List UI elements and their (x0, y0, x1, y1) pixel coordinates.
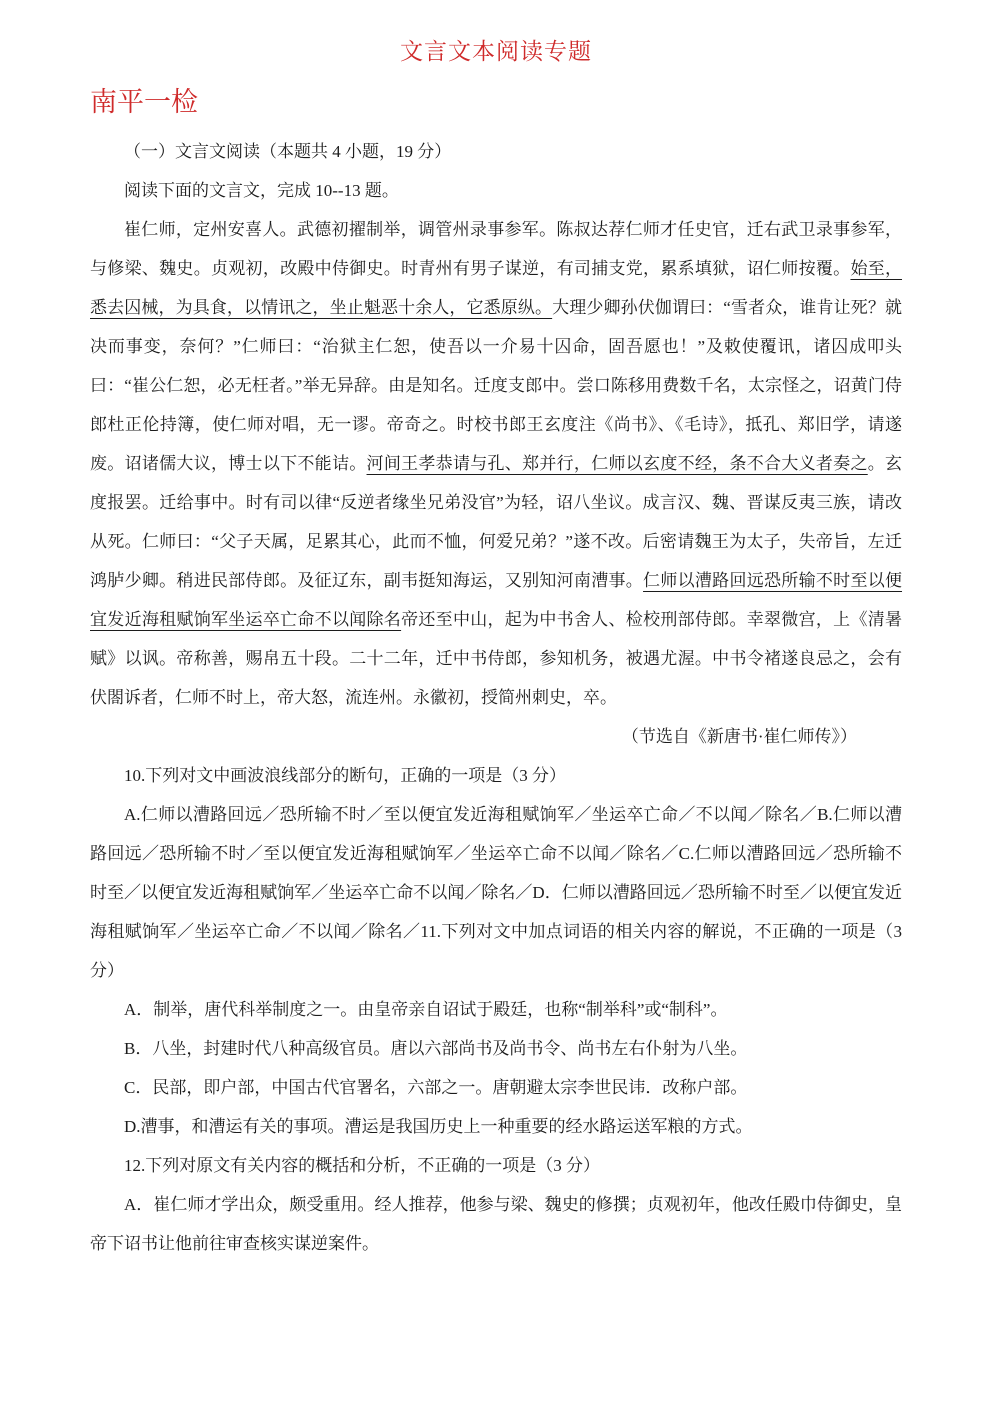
question11-option-d: D.漕事，和漕运有关的事项。漕运是我国历史上一种重要的经水路运送军粮的方式。 (90, 1107, 902, 1146)
passage-segment: 崔仁师，定州安喜人。武德初擢制举，调管州录事参军。陈叔达荐仁师才任史官，迁右武卫… (90, 220, 902, 278)
question11-option-c: C．民部，即户部，中国古代官署名，六部之一。唐朝避太宗李世民讳．改称户部。 (90, 1068, 902, 1107)
question10-stem: 10.下列对文中画波浪线部分的断句，正确的一项是（3 分） (90, 756, 902, 795)
section-intro-line: （一）文言文阅读（本题共 4 小题，19 分） (90, 132, 902, 171)
question12-option-a: A．崔仁师才学出众，颇受重用。经人推荐，他参与梁、魏史的修撰；贞观初年，他改任殿… (90, 1185, 902, 1263)
source-citation: （节选自《新唐书·崔仁师传》） (90, 717, 902, 756)
passage-segment: 。玄度报罢。迁给事中。时有司以律“反逆者缘坐兄弟没官”为轻，诏八坐议。成言汉、魏… (90, 454, 902, 590)
page-title: 文言文本阅读专题 (90, 34, 902, 70)
question10-options: A.仁师以漕路回远／恐所输不时／至以便宜发近海租赋饷军／坐运卒亡命／不以闻／除名… (90, 795, 902, 990)
question11-option-b: B．八坐，封建时代八种高级官员。唐以六部尚书及尚书令、尚书左右仆射为八坐。 (90, 1029, 902, 1068)
question11-option-a: A．制举，唐代科举制度之一。由皇帝亲自诏试于殿廷，也称“制举科”或“制科”。 (90, 990, 902, 1029)
document-page: 文言文本阅读专题 南平一检 （一）文言文阅读（本题共 4 小题，19 分） 阅读… (0, 0, 992, 1403)
passage-underlined-segment: 河间王孝恭请与孔、郑并行，仁师以玄度不经，条不合大义者奏之 (367, 454, 868, 473)
question12-stem: 12.下列对原文有关内容的概括和分析，不正确的一项是（3 分） (90, 1146, 902, 1185)
section-heading: 南平一检 (90, 82, 902, 122)
question10-option-a: A.仁师以漕路回远／恐所输不时／至以便宜发近海租赋饷军／坐运卒亡命／不以闻／除名… (124, 805, 817, 824)
instruction-line: 阅读下面的文言文，完成 10--13 题。 (90, 171, 902, 210)
passage-segment: 大理少卿孙伏伽谓曰：“雪者众，谁肯让死？就决而事变，奈何？”仁师曰：“治狱主仁恕… (90, 298, 902, 473)
passage-paragraph: 崔仁师，定州安喜人。武德初擢制举，调管州录事参军。陈叔达荐仁师才任史官，迁右武卫… (90, 210, 902, 717)
